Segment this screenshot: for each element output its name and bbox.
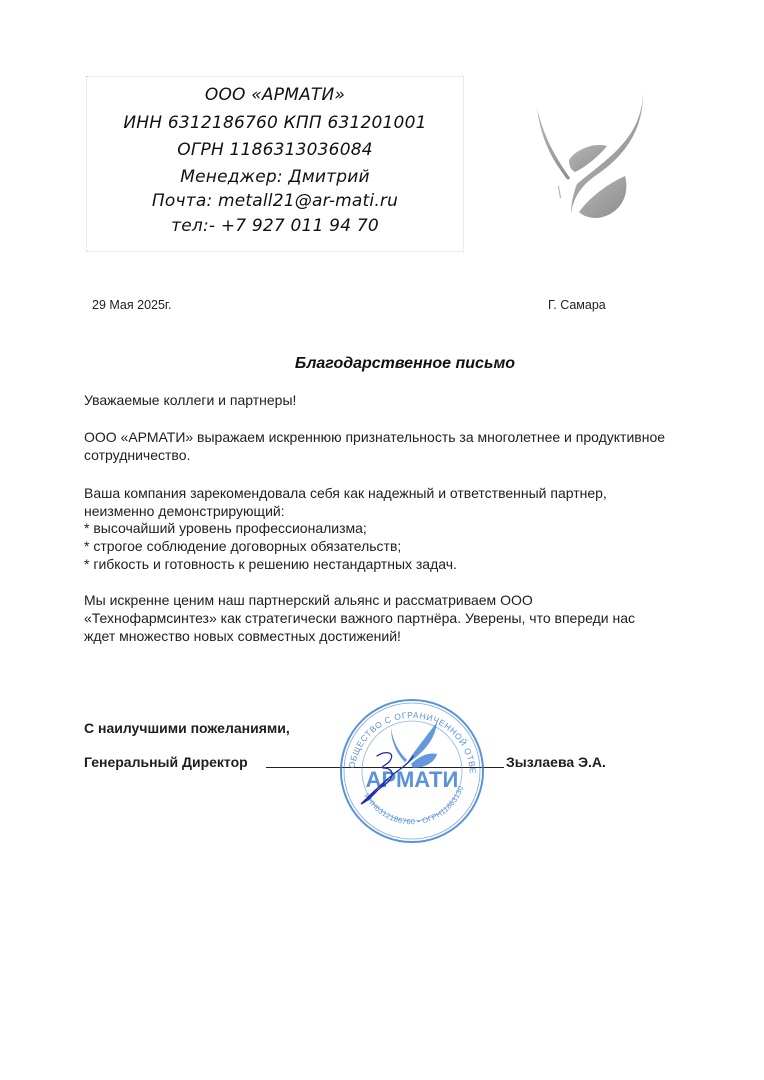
letter-title: Благодарственное письмо [0,355,764,373]
inn-kpp: ИНН 6312186760 КПП 631201001 [87,113,463,133]
company-name: ООО «АРМАТИ» [87,85,463,105]
greeting: Уважаемые коллеги и партнеры! [84,391,296,409]
email: Почта: metall21@ar-mati.ru [87,191,463,211]
bullet-item: * гибкость и готовность к решению нестан… [84,555,457,573]
signer-position: Генеральный Директор [84,754,248,770]
phone: тел:- +7 927 011 94 70 [87,216,463,236]
manager: Менеджер: Дмитрий [87,167,463,187]
paragraph-alliance: Мы искренне ценим наш партнерский альянс… [84,591,635,645]
bullet-item: * высочайший уровень профессионализма; [84,519,367,537]
ogrn: ОГРН 1186313036084 [87,140,463,160]
bullet-item: * строгое соблюдение договорных обязател… [84,537,401,555]
letter-date: 29 Мая 2025г. [92,298,171,312]
letter-city: Г. Самара [548,298,606,312]
paragraph-partner-intro: Ваша компания зарекомендовала себя как н… [84,484,607,520]
letterhead-box: ООО «АРМАТИ» ИНН 6312186760 КПП 63120100… [86,76,464,252]
handwritten-signature [355,742,415,812]
closing-regards: С наилучшими пожеланиями, [84,720,290,736]
paragraph-gratitude: ООО «АРМАТИ» выражаем искреннюю признате… [84,428,665,464]
armati-logo-icon [515,80,645,230]
signer-name: Зызлаева Э.А. [506,754,606,770]
